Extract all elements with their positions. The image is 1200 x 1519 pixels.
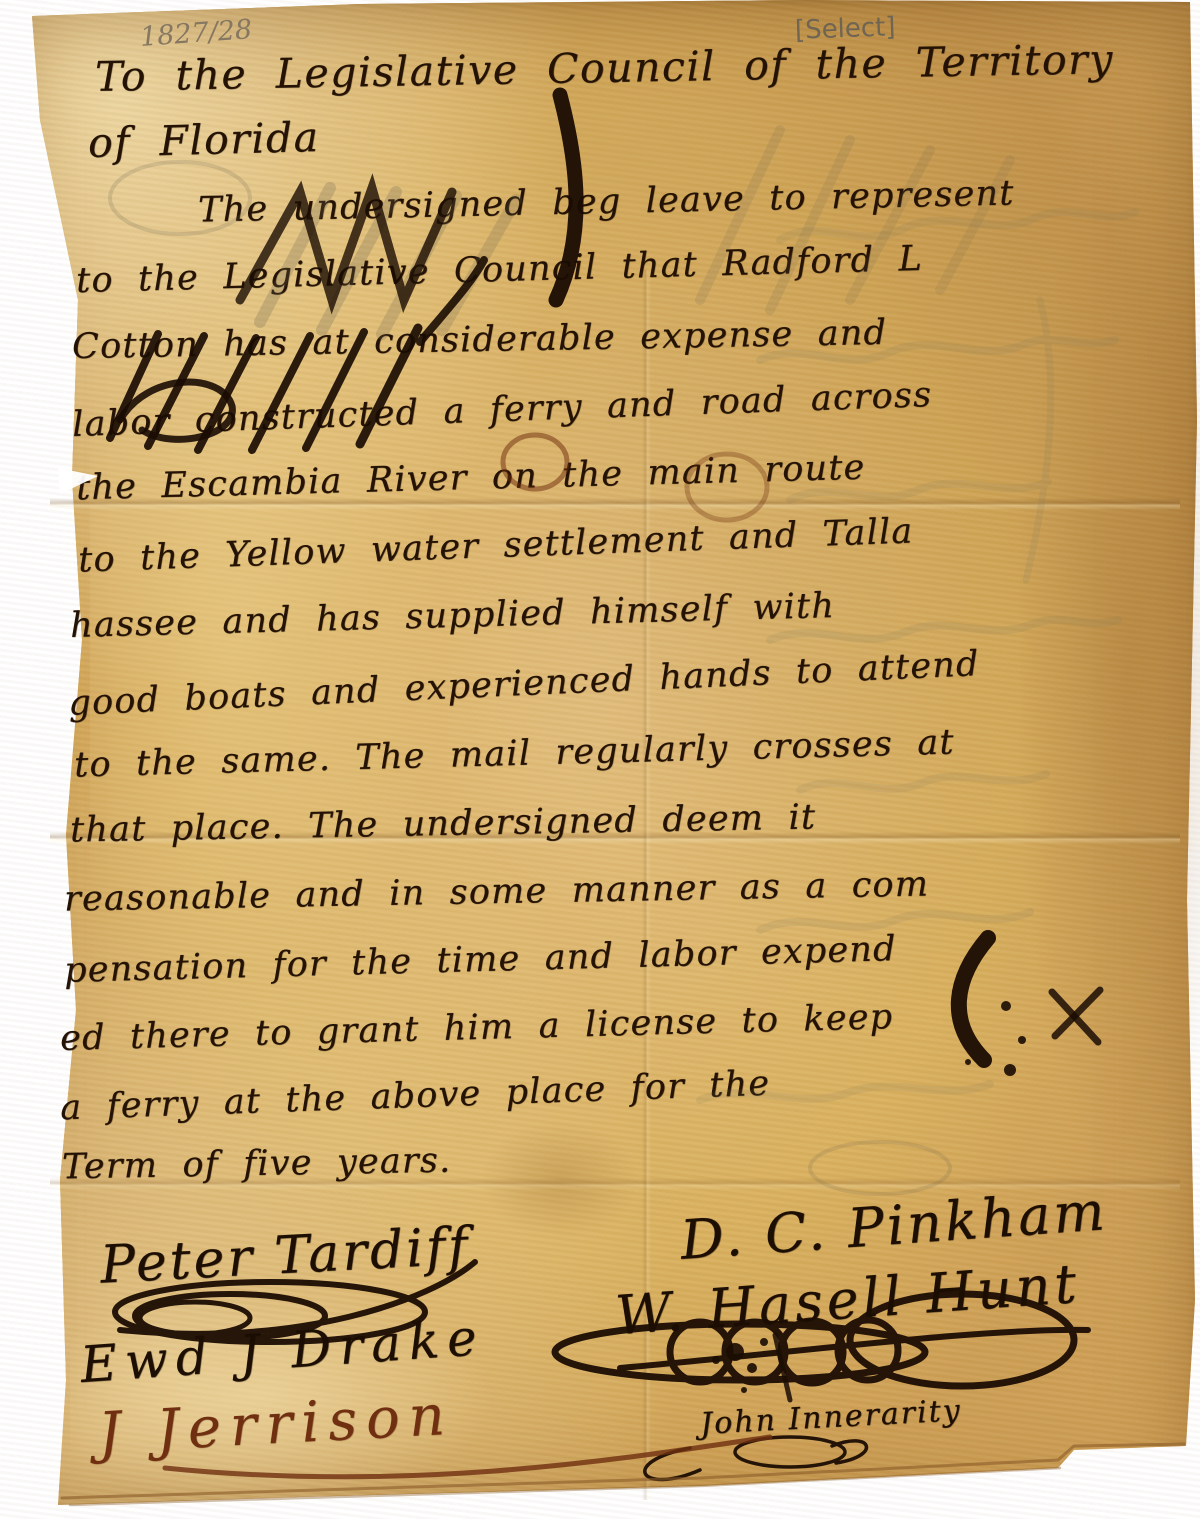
heading-line: of Florida [87, 113, 320, 167]
body-line: Term of five years. [62, 1141, 452, 1188]
document-scan: 1827/28 [Select] To the Legislative Coun… [0, 0, 1200, 1519]
